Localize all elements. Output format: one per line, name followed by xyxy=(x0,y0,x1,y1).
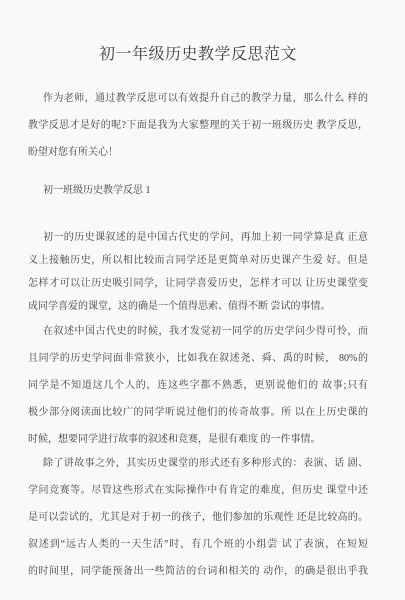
text-line: 除了讲故事之外，其实历史课堂的形式还有多种形式的：表演、话 剧、 xyxy=(28,450,368,477)
paragraph-2: 在叙述中国古代史的时候，我才发觉初一同学的历史学问少得可怜，而且同学的历史学问面… xyxy=(28,318,368,453)
text-line: 在叙述中国古代史的时候，我才发觉初一同学的历史学问少得可怜，而 xyxy=(28,318,368,345)
document-page: 初一年级历史教学反思范文 作为老师，通过教学反思可以有效提升自己的教学力量，那么… xyxy=(0,0,405,600)
document-title: 初一年级历史教学反思范文 xyxy=(28,42,368,68)
section-heading-1: 初一班级历史教学反思 1 xyxy=(28,177,368,204)
text-line: 怎样才可以让历史吸引同学，让同学喜爱历史，怎样才可以 让历史课堂变 xyxy=(28,272,368,295)
text-line: 的时间里，同学能预备出一些简洁的台词和相关的 动作，的确是很出乎我 xyxy=(28,558,368,585)
text-line: 同学是不知道这几个人的，连这些字都不熟悉，更别说他们的 故事;只有 xyxy=(28,372,368,399)
text-line: 盼望对您有所关心！ xyxy=(28,139,368,166)
text-line: 学问竞赛等。尽管这些形式在实际操作中有肯定的难度，但历史 课堂中还 xyxy=(28,477,368,504)
text-line: 义上接触历史，所以相比较而言同学还是更简单对历史课产生爱 好。但是 xyxy=(28,249,368,272)
text-line: 教学反思才是好的呢?下面是我为大家整理的关于初一班级历史 教学反思， xyxy=(28,112,368,139)
text-line: 时候，想要同学进行故事的叙述和竞赛，是很有难度 的一件事情。 xyxy=(28,426,368,453)
paragraph-3: 除了讲故事之外，其实历史课堂的形式还有多种形式的：表演、话 剧、学问竞赛等。尽管… xyxy=(28,450,368,585)
text-line: 且同学的历史学问面非常狭小，比如我在叙述尧、舜、禹的时候， 80%的 xyxy=(28,345,368,372)
text-line: 初一的历史课叙述的是中国古代史的学问，再加上初一同学算是真 正意 xyxy=(28,226,368,249)
text-line: 极少部分阅读面比较广的同学听说过他们的传奇故事。所 以在上历史课的 xyxy=(28,399,368,426)
text-line: 是可以尝试的，尤其是对于初一的孩子，他们参加的乐观性 还是比较高的。 xyxy=(28,504,368,531)
text-line: 初一班级历史教学反思 1 xyxy=(28,177,368,204)
text-line: 叙述到“远古人类的一天生活”时，有几个班的小组尝 试了表演，在短短 xyxy=(28,531,368,558)
paragraph-1: 初一的历史课叙述的是中国古代史的学问，再加上初一同学算是真 正意义上接触历史，所… xyxy=(28,226,368,318)
text-line: 成同学喜爱的课堂，这的确是一个值得思索、值得不断 尝试的事情。 xyxy=(28,295,368,318)
text-line: 作为老师，通过教学反思可以有效提升自己的教学力量，那么什么 样的 xyxy=(28,85,368,112)
document-body: 作为老师，通过教学反思可以有效提升自己的教学力量，那么什么 样的教学反思才是好的… xyxy=(28,85,368,585)
intro-paragraph: 作为老师，通过教学反思可以有效提升自己的教学力量，那么什么 样的教学反思才是好的… xyxy=(28,85,368,166)
